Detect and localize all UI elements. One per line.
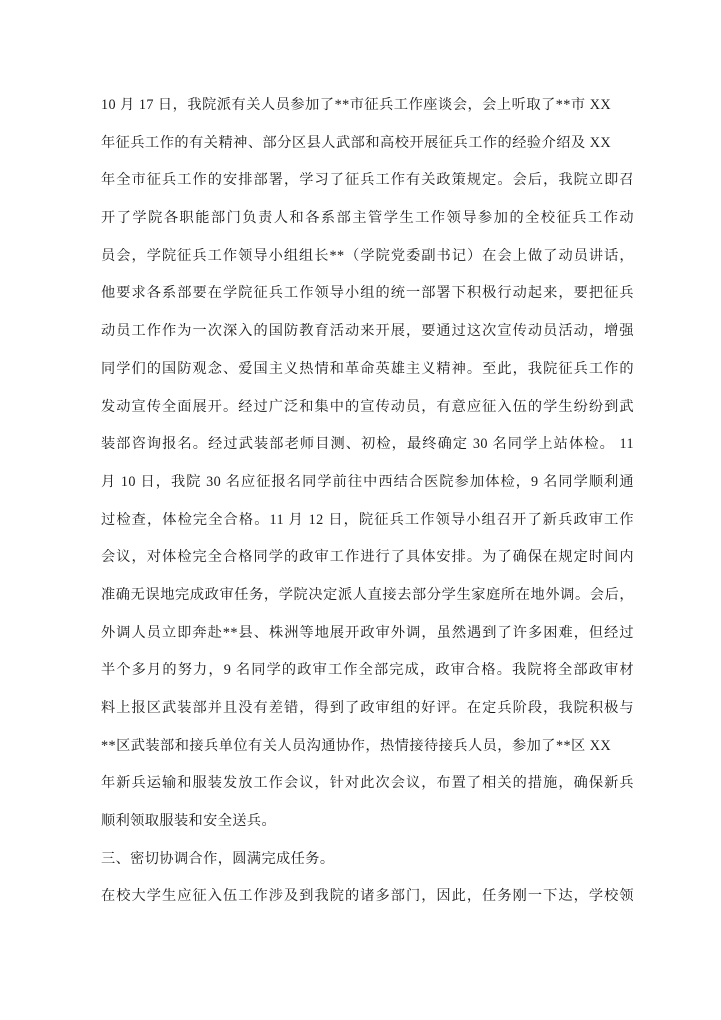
text-line: **区武装部和接兵单位有关人员沟通协作，热情接待接兵人员，参加了**区 XX [101,728,634,766]
text-line: 他要求各系部要在学院征兵工作领导小组的统一部署下积极行动起来，要把征兵 [101,275,634,313]
text-line: 年新兵运输和服装发放工作会议，针对此次会议，布置了相关的措施，确保新兵 [101,765,634,803]
document-body: 10 月 17 日，我院派有关人员参加了**市征兵工作座谈会，会上听取了**市 … [101,87,634,916]
text-line: 装部咨询报名。经过武装部老师目测、初检，最终确定 30 名同学上站体检。 11 [101,426,634,464]
text-line: 同学们的国防观念、爱国主义热情和革命英雄主义精神。至此，我院征兵工作的 [101,351,634,389]
text-line: 在校大学生应征入伍工作涉及到我院的诸多部门，因此，任务刚一下达，学校领 [101,878,634,916]
text-line: 料上报区武装部并且没有差错，得到了政审组的好评。在定兵阶段，我院积极与 [101,690,634,728]
text-line: 过检查，体检完全合格。11 月 12 日，院征兵工作领导小组召开了新兵政审工作 [101,502,634,540]
text-line: 动员工作作为一次深入的国防教育活动来开展，要通过这次宣传动员活动，增强 [101,313,634,351]
text-line: 发动宣传全面展开。经过广泛和集中的宣传动员，有意应征入伍的学生纷纷到武 [101,389,634,427]
text-line: 月 10 日，我院 30 名应征报名同学前往中西结合医院参加体检，9 名同学顺利… [101,464,634,502]
text-line: 年征兵工作的有关精神、部分区县人武部和高校开展征兵工作的经验介绍及 XX [101,125,634,163]
text-line: 准确无误地完成政审任务，学院决定派人直接去部分学生家庭所在地外调。会后， [101,577,634,615]
text-line: 10 月 17 日，我院派有关人员参加了**市征兵工作座谈会，会上听取了**市 … [101,87,634,125]
text-line: 开了学院各职能部门负责人和各系部主管学生工作领导参加的全校征兵工作动 [101,200,634,238]
text-line: 年全市征兵工作的安排部署，学习了征兵工作有关政策规定。会后，我院立即召 [101,162,634,200]
text-line: 员会，学院征兵工作领导小组组长**（学院党委副书记）在会上做了动员讲话， [101,238,634,276]
document-page: 10 月 17 日，我院派有关人员参加了**市征兵工作座谈会，会上听取了**市 … [0,0,721,1020]
text-line: 顺利领取服装和安全送兵。 [101,803,634,841]
text-line: 会议，对体检完全合格同学的政审工作进行了具体安排。为了确保在规定时间内 [101,539,634,577]
text-line: 外调人员立即奔赴**县、株洲等地展开政审外调，虽然遇到了许多困难，但经过 [101,615,634,653]
section-heading: 三、密切协调合作，圆满完成任务。 [101,841,634,879]
text-line: 半个多月的努力，9 名同学的政审工作全部完成，政审合格。我院将全部政审材 [101,652,634,690]
